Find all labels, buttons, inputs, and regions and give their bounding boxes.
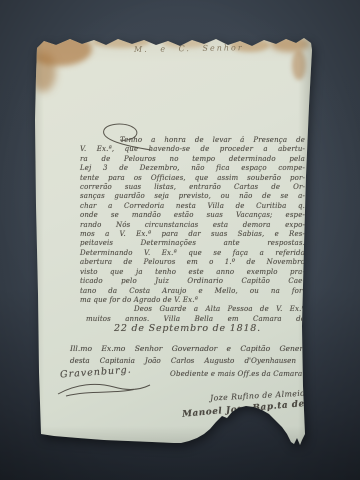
letter-body: Tenho a honra de levar á Presença de V. … — [80, 136, 305, 334]
body-line: V. Ex.ª, que havendo-se de proceder a ab… — [80, 145, 305, 154]
address-line: Ill.mo Ex.mo Senhor Governador e Capitão… — [70, 344, 310, 353]
body-line: Lej 3 de Dezembro, não fica espaço compe… — [80, 164, 305, 173]
body-line: Tenho a honra de levar á Presença de — [80, 136, 305, 145]
body-line: ra de Pelouros no tempo determinado pela — [80, 155, 305, 164]
body-line: rando Nós circunstancias esta demora exp… — [80, 221, 305, 230]
body-line: visto que ja tenho este anno exemplo pra… — [80, 268, 305, 277]
manuscript-paper: M. e C. Senhor Tenho a honra de levar á … — [34, 36, 312, 446]
body-line: ma que for do Agrado de V. Ex.ª — [80, 296, 305, 305]
body-line: char a Corredoria nesta Villa de Curitib… — [80, 202, 305, 211]
rubric-flourish-icon — [56, 380, 152, 398]
body-line: abertura de Pelouros em o 1.º de Novembr… — [80, 258, 305, 267]
body-line: peitaveis Determinações ante respostas. — [80, 239, 305, 248]
date-line: 22 de Septembro de 1818. — [80, 324, 305, 334]
address-line: desta Capitania João Carlos Augusto d'Oy… — [70, 356, 296, 365]
letter-header: M. e C. Senhor — [134, 43, 254, 54]
left-edge-stain — [30, 52, 56, 92]
paper-sheet: M. e C. Senhor Tenho a honra de levar á … — [34, 36, 312, 446]
address-line: Gravenburg. — [60, 365, 132, 381]
photo-background: M. e C. Senhor Tenho a honra de levar á … — [0, 0, 360, 480]
body-line: sanças guardão seja previsto, ou não de … — [80, 192, 305, 201]
body-line: Determinando V. Ex.ª que se faça a refer… — [80, 249, 305, 258]
right-edge-stain — [292, 50, 306, 80]
body-line: tente para os Officiaes, que assim soube… — [80, 174, 305, 183]
body-line: Deos Guarde a Alta Pessoa de V. Ex.ª — [80, 305, 305, 314]
closing-line: Obediente e mais Off.es da Camara — [170, 370, 302, 378]
top-left-stain — [26, 32, 92, 66]
body-line: tano da Costa Araujo e Mello, ou na for- — [80, 287, 305, 296]
body-line: ticado pelo Juiz Ordinario Capitão Cae- — [80, 277, 305, 286]
body-line: onde se mandão estão suas Vacanças; espe… — [80, 211, 305, 220]
top-right-stain — [270, 36, 310, 52]
